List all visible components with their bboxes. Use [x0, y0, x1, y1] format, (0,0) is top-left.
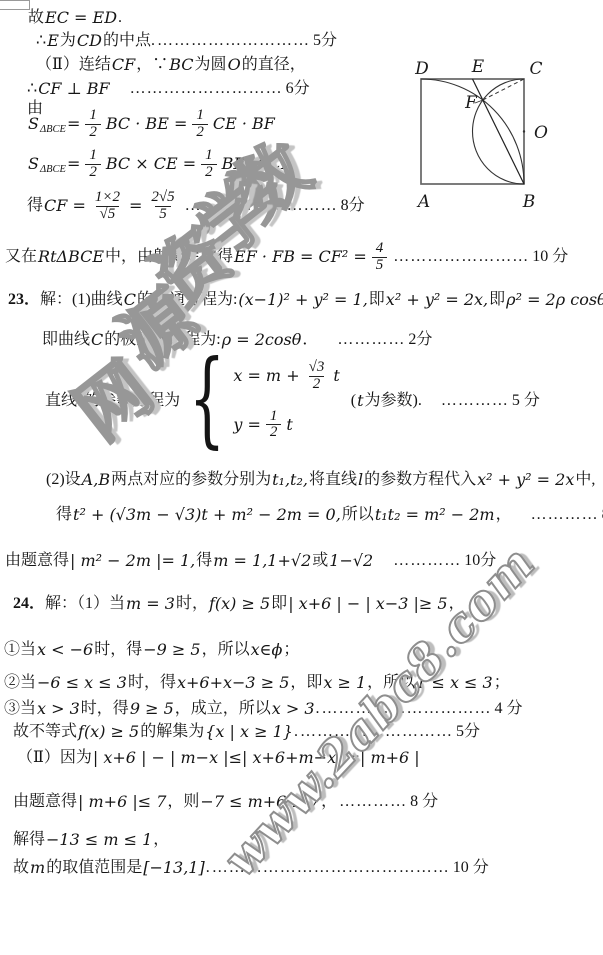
solution-line-projection: 又在 RtΔBCE 中，由射影定理得 EF · FB = CF² = 45…………: [5, 241, 568, 274]
solution-line-part2-connect: （Ⅱ）连结 CF，∵ BC 为圆 O 的直径，: [36, 55, 306, 75]
label-a: A: [416, 192, 430, 212]
equation-x: x = m + √32t: [232, 360, 340, 393]
equation-system: x = m + √32t y = 12t: [232, 360, 340, 441]
solution-line-q23-part2: (2)设A,B两点对应的参数分别为 t₁,t₂,将直线l的参数方程代入 x² +…: [46, 470, 595, 490]
equation-y: y = 12t: [232, 409, 340, 442]
label-b: B: [522, 192, 536, 212]
label-f: F: [464, 93, 478, 113]
label-o: O: [534, 123, 548, 143]
solution-line-case-3: ③当 x > 3时，得9 ≥ 5，成立，所以 x > 3.…………………………4…: [4, 699, 523, 719]
solution-line-area-formula-1: SΔBCE = 12BC · BE = 12CE · BF: [27, 108, 276, 141]
solution-line-abs-m6: 由题意得| m+6 |≤ 7，则−7 ≤ m+6 ≤ 7，…………8 分: [13, 792, 438, 812]
point-o-tick: [523, 130, 525, 132]
dashed-fc: [483, 79, 524, 100]
label-e: E: [471, 57, 485, 77]
solution-line-cf-perp-bf: ∴ CF ⊥ BF ………………………6分: [27, 79, 310, 99]
label-d: D: [414, 59, 429, 79]
solution-line-polar-eq: 即曲线C的极坐标方程为: ρ = 2cosθ ． …………2分: [42, 330, 432, 350]
solution-line-m-values: 由题意得| m² − 2m |= 1,得m = 1,1+√2或1−√2 ……………: [5, 551, 496, 571]
solution-line-midpoint: ∴ E 为 CD 的中点.………………………5分: [36, 31, 337, 51]
solution-line-q23-start: 23．解：(1)曲线C的普通方程为:(x−1)² + y² = 1,即x² + …: [8, 290, 603, 310]
solution-line-case-1: ①当 x < −6时，得−9 ≥ 5，所以 x∈ϕ；: [4, 640, 299, 660]
geometry-figure: D E C F O A B: [401, 55, 601, 220]
solution-line-m-range-solve: 解得−13 ≤ m ≤ 1，: [13, 830, 169, 850]
parametric-note: (t为参数). …………5 分: [351, 391, 540, 411]
solution-line-ec-ed: 故 EC = ED .: [28, 8, 122, 28]
document-page: { "watermarks": { "site": "www.2abc8.com…: [0, 0, 603, 955]
segment-eb: [473, 79, 525, 184]
solution-line-solution-set: 故不等式 f(x) ≥ 5的解集为{x | x ≥ 1} .………………………5…: [13, 722, 480, 742]
scan-corner-artifact: [0, 0, 30, 10]
solution-line-q24-start: 24．解：（1）当 m = 3时， f(x) ≥ 5即| x+6 | − | x…: [13, 594, 465, 614]
label-c: C: [529, 59, 542, 79]
solution-line-quadratic-t: 得 t² + (√3m − √3)t + m² − 2m = 0,所以t₁t₂ …: [56, 505, 603, 525]
